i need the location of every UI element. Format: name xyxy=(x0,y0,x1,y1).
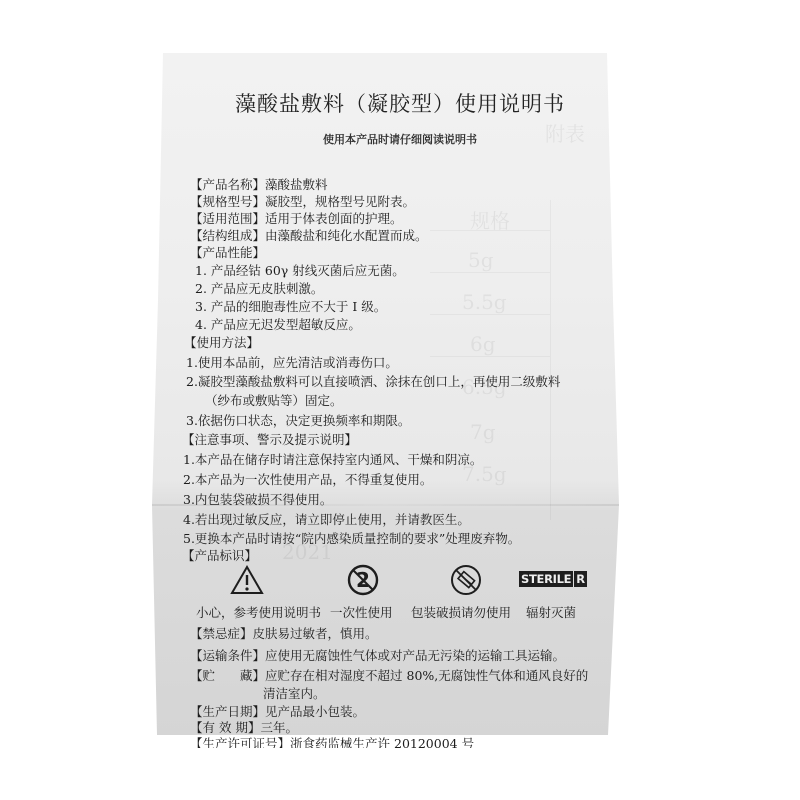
section-heading-symbols: 【产品标识】 xyxy=(182,548,257,564)
field-label: 【生产日期】 xyxy=(190,704,265,719)
field-label: 【适用范围】 xyxy=(190,211,265,226)
field-value: 凝胶型，规格型号见附表。 xyxy=(265,194,415,209)
sterile-r-icon: STERILER xyxy=(519,571,587,587)
usage-item: 3.依据伤口状态，决定更换频率和期限。 xyxy=(186,413,410,429)
bleed-through-rule xyxy=(550,200,551,520)
performance-item: 3. 产品的细胞毒性应不大于 I 级。 xyxy=(195,299,386,315)
symbol-caption: 一次性使用 xyxy=(330,603,393,621)
field-scope: 【适用范围】适用于体表创面的护理。 xyxy=(190,211,403,227)
field-label: 【产品名称】 xyxy=(190,177,265,192)
warning-item: 4.若出现过敏反应，请立即停止使用，并请教医生。 xyxy=(183,512,470,528)
field-model: 【规格型号】凝胶型，规格型号见附表。 xyxy=(190,194,415,210)
field-storage: 【贮 藏】应贮存在相对湿度不超过 80%,无腐蚀性气体和通风良好的 xyxy=(190,668,588,684)
bleed-through-text: 5.5g xyxy=(462,290,507,314)
field-label: 【贮 藏】 xyxy=(190,668,265,683)
field-composition: 【结构组成】由藻酸盐和纯化水配置而成。 xyxy=(190,228,428,244)
field-value: 藻酸盐敷料 xyxy=(265,177,328,192)
field-label: 【运输条件】 xyxy=(190,648,265,663)
warning-item: 1.本产品在储存时请注意保持室内通风、干燥和阴凉。 xyxy=(183,452,482,468)
usage-item: 1.使用本品前，应先清洁或消毒伤口。 xyxy=(186,355,398,371)
field-contraindications: 【禁忌症】皮肤易过敏者，慎用。 xyxy=(190,626,378,642)
field-product-name: 【产品名称】藻酸盐敷料 xyxy=(190,177,328,193)
field-label: 【规格型号】 xyxy=(190,194,265,209)
symbol-caption: 辐射灭菌 xyxy=(526,603,576,621)
performance-item: 4. 产品应无迟发型超敏反应。 xyxy=(195,317,361,333)
usage-item-continued: （纱布或敷贴等）固定。 xyxy=(205,393,343,409)
section-heading-usage: 【使用方法】 xyxy=(184,335,259,351)
field-value: 三年。 xyxy=(260,720,298,735)
section-heading-warnings: 【注意事项、警示及提示说明】 xyxy=(182,432,357,448)
document-title: 藻酸盐敷料（凝胶型）使用说明书 xyxy=(0,88,800,118)
field-value: 由藻酸盐和纯化水配置而成。 xyxy=(265,228,428,243)
field-value: 见产品最小包装。 xyxy=(265,704,365,719)
bleed-through-text: 7g xyxy=(470,420,496,444)
field-production-date: 【生产日期】见产品最小包装。 xyxy=(190,704,365,720)
bleed-through-text: 5g xyxy=(468,248,494,272)
bleed-through-text: 6g xyxy=(470,332,496,356)
field-license: 【生产许可证号】浙食药监械生产许 20120004 号 xyxy=(190,736,474,752)
usage-item: 2.凝胶型藻酸盐敷料可以直接喷洒、涂抹在创口上，再使用二级敷料 xyxy=(186,374,560,390)
field-value: 适用于体表创面的护理。 xyxy=(265,211,403,226)
warning-item: 3.内包装袋破损不得使用。 xyxy=(183,492,332,508)
document-subtitle: 使用本产品时请仔细阅读说明书 xyxy=(0,131,800,147)
single-use-icon: 2 xyxy=(346,564,380,600)
field-transport: 【运输条件】应使用无腐蚀性气体或对产品无污染的运输工具运输。 xyxy=(190,648,565,664)
performance-item: 1. 产品经钴 60γ 射线灭菌后应无菌。 xyxy=(195,263,405,279)
sterile-badge-text: STERILE xyxy=(521,571,571,587)
symbol-caption: 小心，参考使用说明书 xyxy=(196,603,321,621)
field-value: 浙食药监械生产许 20120004 号 xyxy=(290,736,474,751)
field-storage-continued: 清洁室内。 xyxy=(263,686,326,702)
section-heading-performance: 【产品性能】 xyxy=(190,245,265,261)
field-value: 皮肤易过敏者，慎用。 xyxy=(253,626,378,641)
field-label: 【禁忌症】 xyxy=(190,626,253,641)
performance-item: 2. 产品应无皮肤刺激。 xyxy=(195,281,323,297)
warning-item: 2.本产品为一次性使用产品，不得重复使用。 xyxy=(183,472,432,488)
field-expiry: 【有 效 期】三年。 xyxy=(190,720,298,736)
field-value: 应使用无腐蚀性气体或对产品无污染的运输工具运输。 xyxy=(265,648,565,663)
warning-item: 5.更换本产品时请按“院内感染质量控制的要求”处理废弃物。 xyxy=(183,531,520,547)
symbol-caption: 包装破损请勿使用 xyxy=(411,603,511,621)
field-value: 应贮存在相对湿度不超过 80%,无腐蚀性气体和通风良好的 xyxy=(265,668,588,683)
sterile-badge-suffix: R xyxy=(573,571,585,587)
warning-triangle-icon xyxy=(230,565,264,599)
field-label: 【生产许可证号】 xyxy=(190,736,290,751)
field-label: 【结构组成】 xyxy=(190,228,265,243)
bleed-through-rule xyxy=(430,230,550,231)
bleed-through-rule xyxy=(430,272,550,273)
do-not-use-if-damaged-icon xyxy=(449,564,483,600)
bleed-through-rule xyxy=(430,356,550,357)
bleed-through-rule xyxy=(430,314,550,315)
field-label: 【有 效 期】 xyxy=(190,720,260,735)
